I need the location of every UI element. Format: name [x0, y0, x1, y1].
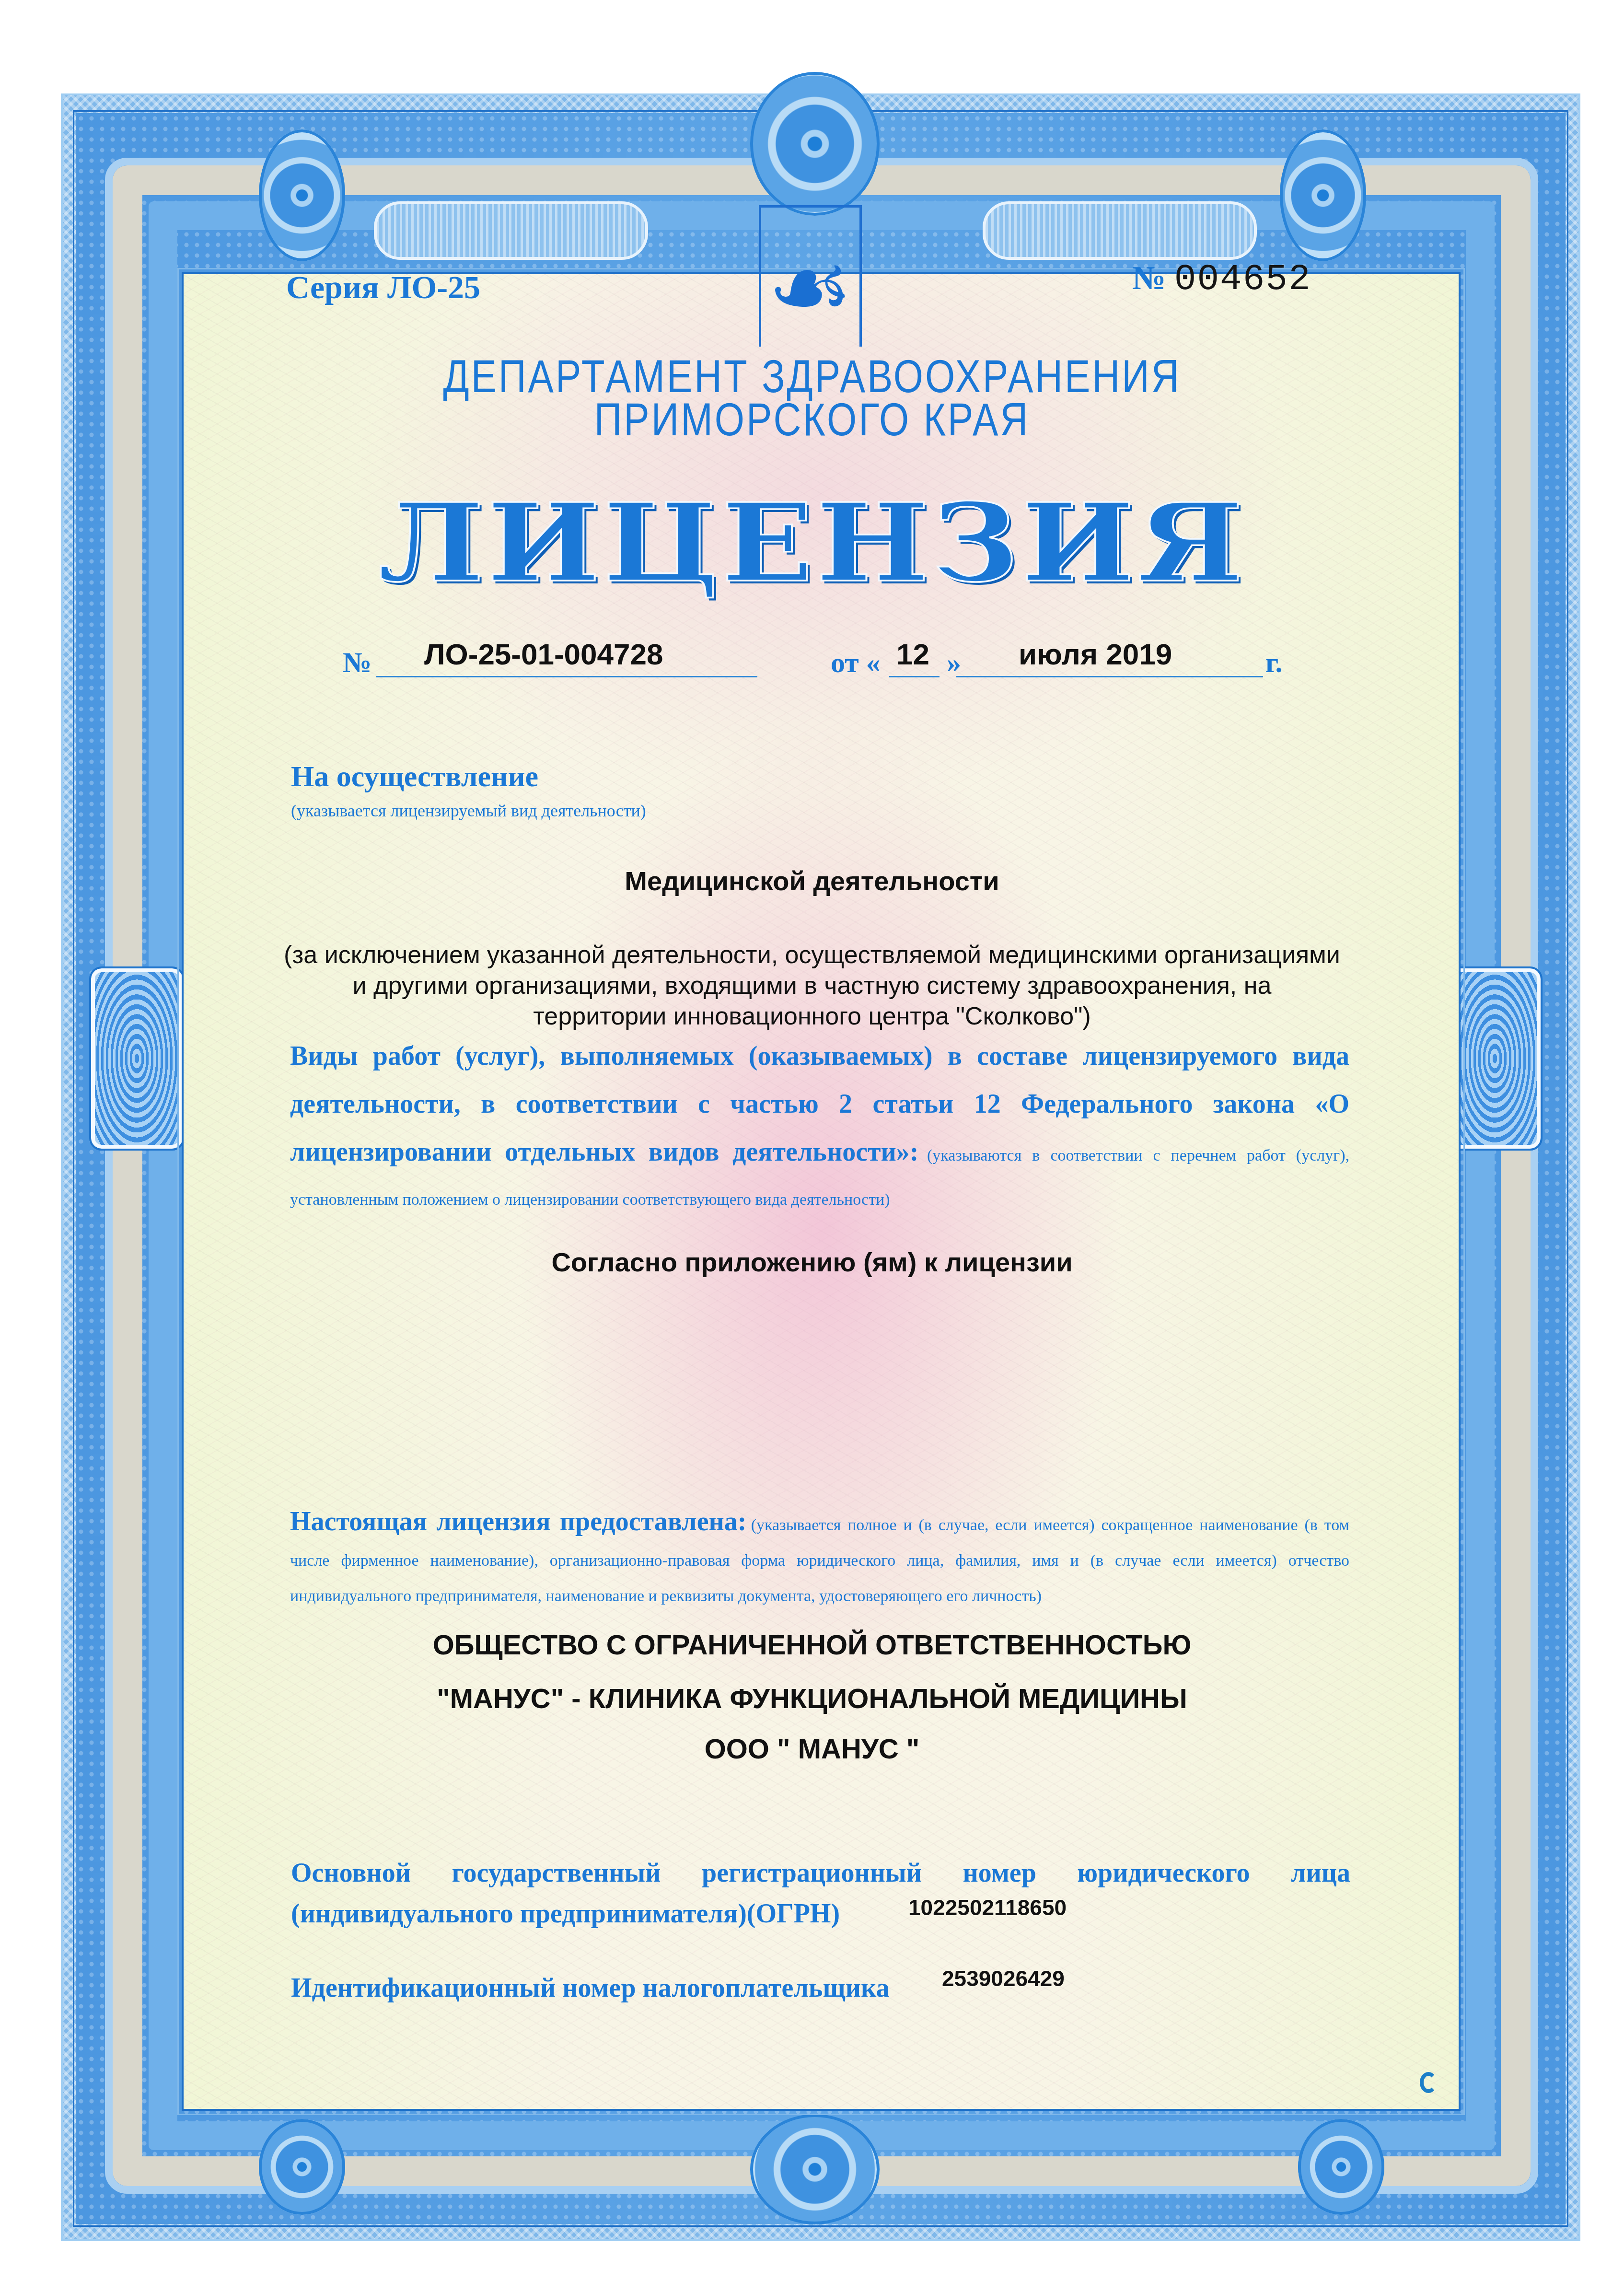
inn-value: 2539026429	[942, 1966, 1065, 1991]
license-number-label: №	[343, 646, 371, 679]
year-suffix: г.	[1265, 646, 1282, 679]
date-prefix: от «	[831, 646, 881, 679]
activity-hint: (указывается лицензируемый вид деятельно…	[291, 801, 646, 821]
licensee-name-line1: ОБЩЕСТВО С ОГРАНИЧЕННОЙ ОТВЕТСТВЕННОСТЬЮ	[0, 1629, 1624, 1661]
activity-exclusion: (за исключением указанной деятельности, …	[0, 940, 1624, 1032]
works-value: Согласно приложению (ям) к лицензии	[0, 1246, 1624, 1278]
inn-label: Идентификационный номер налогоплательщик…	[291, 1973, 889, 2003]
rosette-top-right-icon	[1280, 129, 1366, 261]
licensee-section: Настоящая лицензия предоставлена: (указы…	[290, 1505, 1349, 1616]
license-month-year: июля 2019	[1019, 638, 1172, 672]
activity-value: Медицинской деятельности	[0, 865, 1624, 896]
licensee-label: Настоящая лицензия предоставлена:	[290, 1507, 746, 1536]
rosette-top-left-icon	[259, 129, 345, 261]
activity-label: На осуществление	[291, 760, 538, 794]
rosette-bottom-center-icon	[750, 2114, 880, 2224]
works-section: Виды работ (услуг), выполняемых (оказыва…	[290, 1036, 1349, 1223]
license-day: 12	[896, 638, 929, 672]
serial-number-prefix: №	[1132, 260, 1166, 297]
license-number-underline	[376, 676, 757, 677]
double-headed-eagle-icon: ☙	[767, 225, 853, 350]
serial-number: № 004652	[1132, 259, 1311, 300]
licensee-name-line2: "МАНУС" - КЛИНИКА ФУНКЦИОНАЛЬНОЙ МЕДИЦИН…	[0, 1683, 1624, 1715]
serial-number-value: 004652	[1174, 259, 1311, 300]
ogrn-label-line2: (индивидуального предпринимателя)(ОГРН)	[291, 1898, 840, 1929]
exclusion-line: территории инновационного центра "Сколко…	[0, 1001, 1624, 1032]
department-name-line2: ПРИМОРСКОГО КРАЯ	[0, 394, 1624, 446]
exclusion-line: (за исключением указанной деятельности, …	[0, 940, 1624, 970]
half-circle-mark-icon	[1420, 2072, 1437, 2093]
ogrn-label-line1: Основной государственный регистрационный…	[291, 1858, 1350, 1888]
license-number-value: ЛО-25-01-004728	[424, 638, 663, 672]
day-suffix: »	[947, 646, 961, 679]
document-title: ЛИЦЕНЗИЯ	[0, 479, 1624, 606]
day-underline	[889, 676, 940, 677]
rosette-top-center-icon	[750, 72, 880, 216]
exclusion-line: и другими организациями, входящими в час…	[0, 970, 1624, 1001]
top-right-wave-ribbon	[983, 201, 1257, 260]
rosette-bottom-right-icon	[1298, 2119, 1384, 2215]
rosette-bottom-left-icon	[259, 2119, 345, 2215]
month-year-underline	[956, 676, 1263, 677]
ogrn-value: 1022502118650	[908, 1895, 1067, 1920]
license-number-row: № ЛО-25-01-004728 от « 12 » июля 2019 г.	[0, 638, 1624, 681]
top-left-wave-ribbon	[374, 201, 648, 260]
series-label: Серия ЛО-25	[286, 268, 480, 306]
licensee-name-short: ООО " МАНУС "	[0, 1733, 1624, 1765]
